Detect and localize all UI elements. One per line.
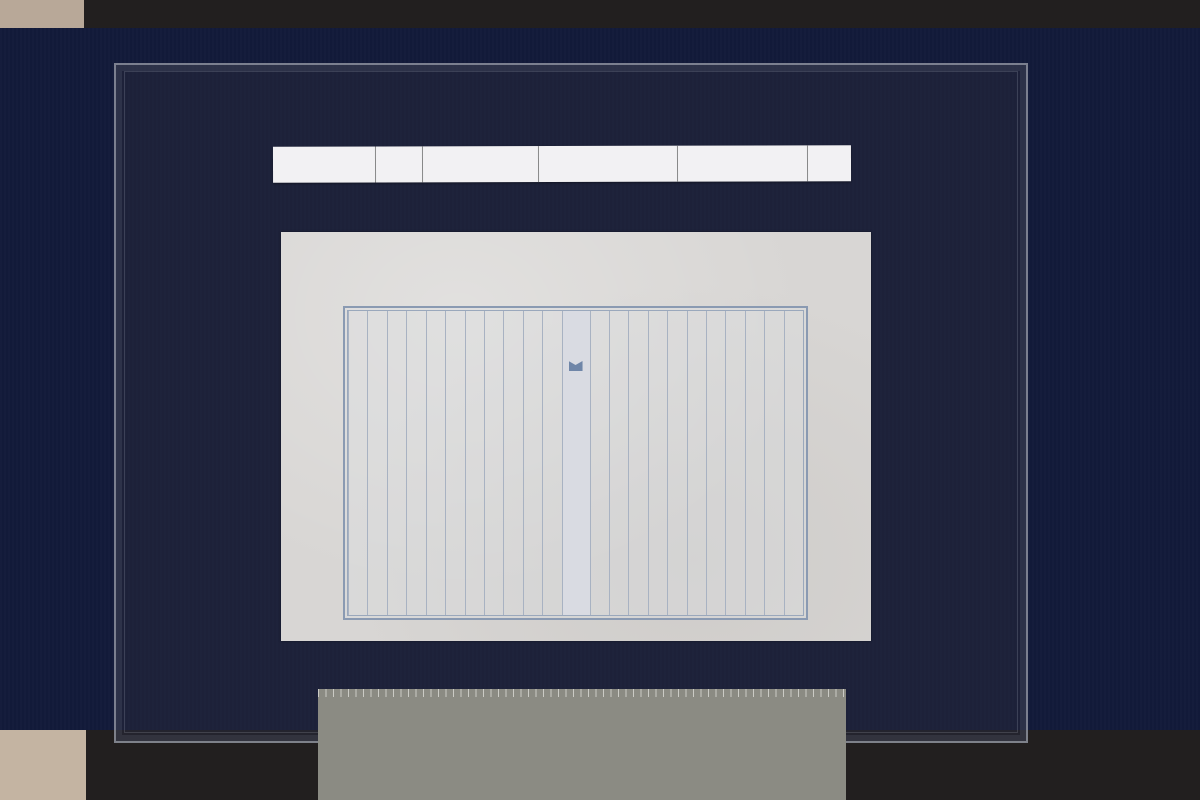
ruler-cm-ticks (318, 701, 846, 709)
manuscript-column (542, 311, 561, 615)
label-recipient (539, 146, 678, 182)
manuscript-column (465, 311, 484, 615)
manuscript-column (648, 311, 667, 615)
manuscript-column (784, 311, 803, 615)
beige-backdrop-bottom-left (0, 730, 86, 800)
manuscript-column (706, 311, 725, 615)
label-dimensions (808, 145, 851, 181)
manuscript-column (667, 311, 686, 615)
label-document-type (376, 146, 423, 182)
patch-row-saturated (318, 772, 846, 800)
patch-labels (318, 730, 846, 742)
fishtail-mark-icon (569, 361, 583, 371)
patch-row-light (318, 743, 846, 772)
catalog-label (273, 145, 851, 183)
measurement-ruler (318, 689, 846, 719)
manuscript-column (687, 311, 706, 615)
manuscript-column (590, 311, 609, 615)
manuscript-column (445, 311, 464, 615)
manuscript-column (348, 311, 367, 615)
label-description (678, 145, 808, 181)
manuscript-column (367, 311, 386, 615)
center-fold-column (562, 311, 590, 615)
manuscript-column (503, 311, 522, 615)
manuscript-column (426, 311, 445, 615)
manuscript-column (406, 311, 425, 615)
label-sender (423, 146, 539, 182)
manuscript-column (764, 311, 783, 615)
manuscript-column (387, 311, 406, 615)
ruled-paper-frame (343, 306, 808, 620)
kodak-color-control-patches (318, 689, 846, 800)
manuscript-columns (347, 310, 804, 616)
manuscript-letter (281, 232, 871, 641)
manuscript-column (484, 311, 503, 615)
manuscript-column (725, 311, 744, 615)
manuscript-column (523, 311, 542, 615)
beige-backdrop-top-left (0, 0, 84, 30)
manuscript-column (628, 311, 647, 615)
manuscript-column (609, 311, 628, 615)
manuscript-column (745, 311, 764, 615)
label-catalog-number (273, 146, 376, 182)
